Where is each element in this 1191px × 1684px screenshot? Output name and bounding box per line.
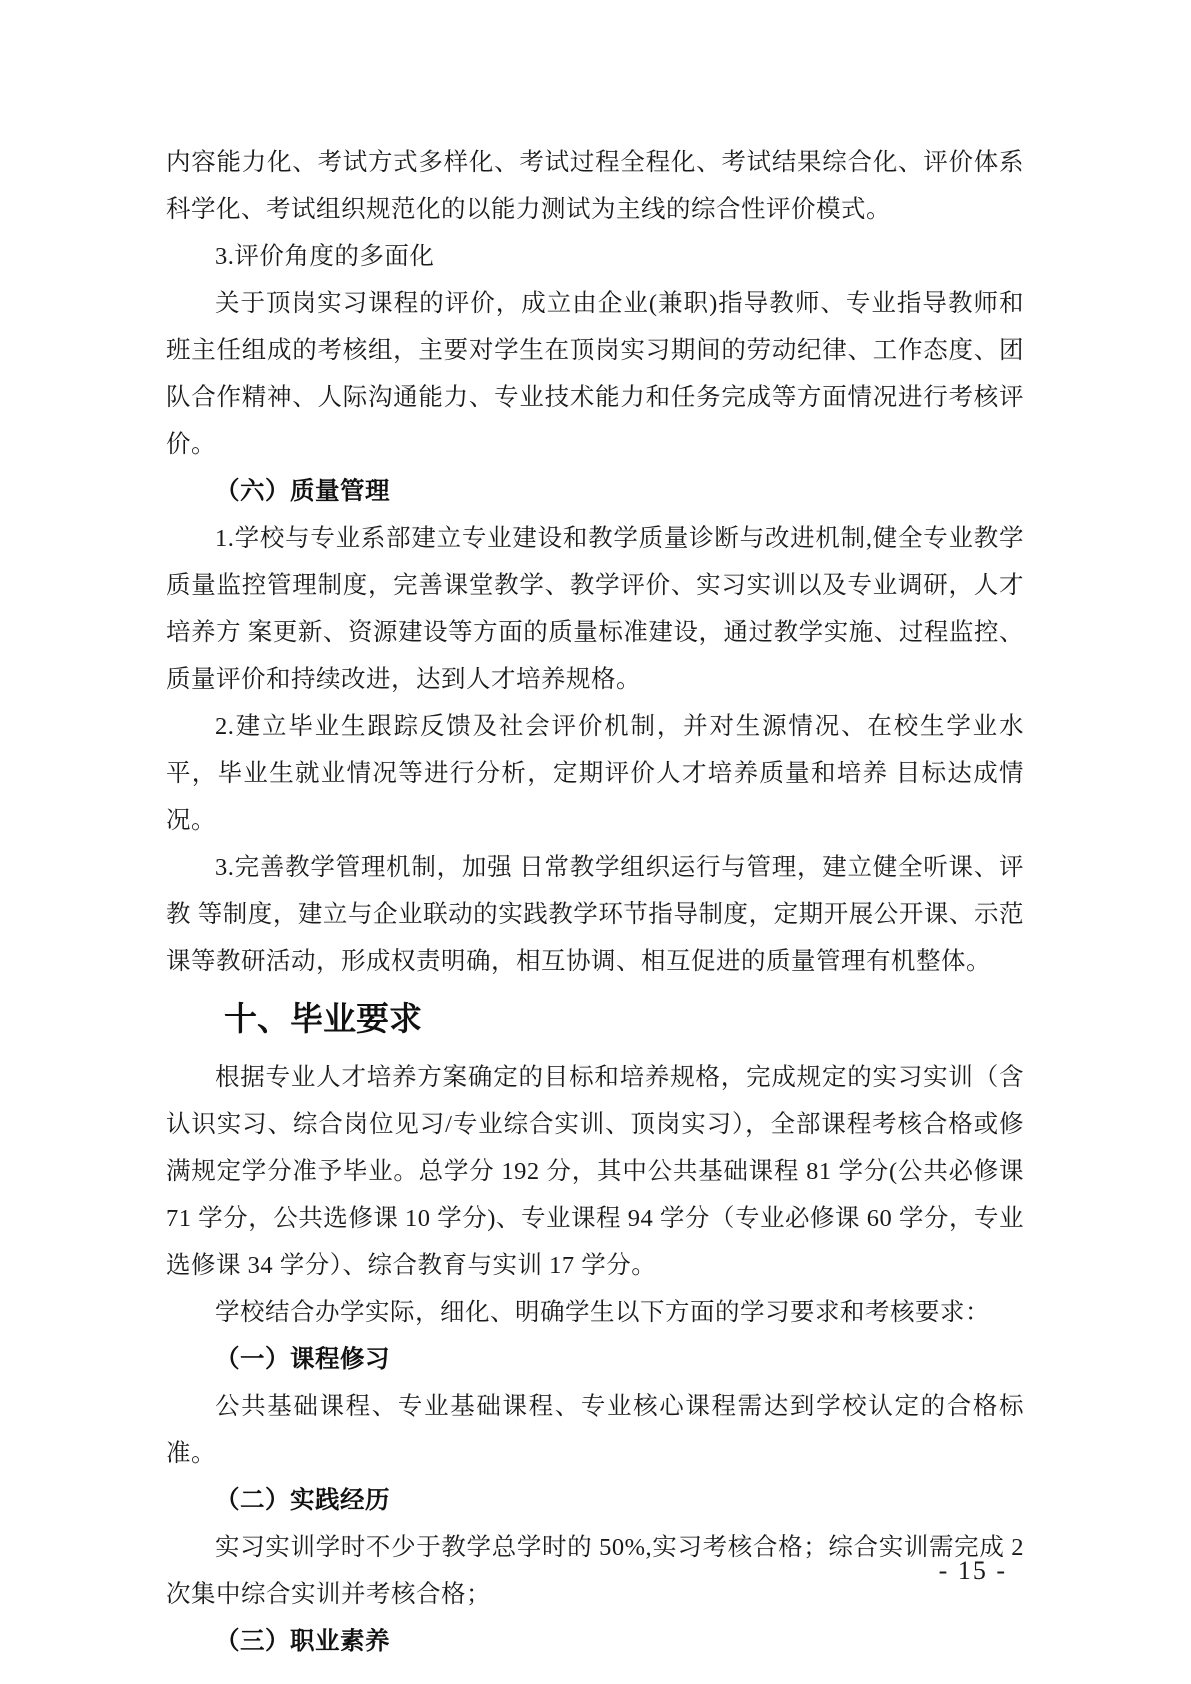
page-number: - 15 -	[939, 1556, 1007, 1586]
document-page: 内容能力化、考试方式多样化、考试过程全程化、考试结果综合化、评价体系科学化、考试…	[0, 0, 1191, 1684]
subsection-heading-professional-quality: （三）职业素养	[166, 1618, 1024, 1665]
paragraph: 2.建立毕业生跟踪反馈及社会评价机制，并对生源情况、在校生学业水平，毕业生就业情…	[166, 703, 1024, 844]
subsection-heading-quality-management: （六）质量管理	[166, 468, 1024, 515]
paragraph: 1.学校与专业系部建立专业建设和教学质量诊断与改进机制,健全专业教学质量监控管理…	[166, 515, 1024, 703]
paragraph: 学校结合办学实际，细化、明确学生以下方面的学习要求和考核要求：	[166, 1289, 1024, 1336]
paragraph: 关于顶岗实习课程的评价，成立由企业(兼职)指导教师、专业指导教师和班主任组成的考…	[166, 280, 1024, 468]
paragraph: 公共基础课程、专业基础课程、专业核心课程需达到学校认定的合格标准。	[166, 1383, 1024, 1477]
subsection-heading-practice-experience: （二）实践经历	[166, 1477, 1024, 1524]
paragraph: 内容能力化、考试方式多样化、考试过程全程化、考试结果综合化、评价体系科学化、考试…	[166, 139, 1024, 233]
paragraph: 3.完善教学管理机制，加强 日常教学组织运行与管理，建立健全听课、评教 等制度，…	[166, 844, 1024, 985]
paragraph: 3.评价角度的多面化	[166, 233, 1024, 280]
section-heading-graduation-requirements: 十、毕业要求	[166, 994, 1024, 1044]
subsection-heading-course-study: （一）课程修习	[166, 1336, 1024, 1383]
document-content: 内容能力化、考试方式多样化、考试过程全程化、考试结果综合化、评价体系科学化、考试…	[166, 139, 1024, 1665]
paragraph: 实习实训学时不少于教学总学时的 50%,实习考核合格；综合实训需完成 2 次集中…	[166, 1524, 1024, 1618]
paragraph: 根据专业人才培养方案确定的目标和培养规格，完成规定的实习实训（含认识实习、综合岗…	[166, 1054, 1024, 1289]
